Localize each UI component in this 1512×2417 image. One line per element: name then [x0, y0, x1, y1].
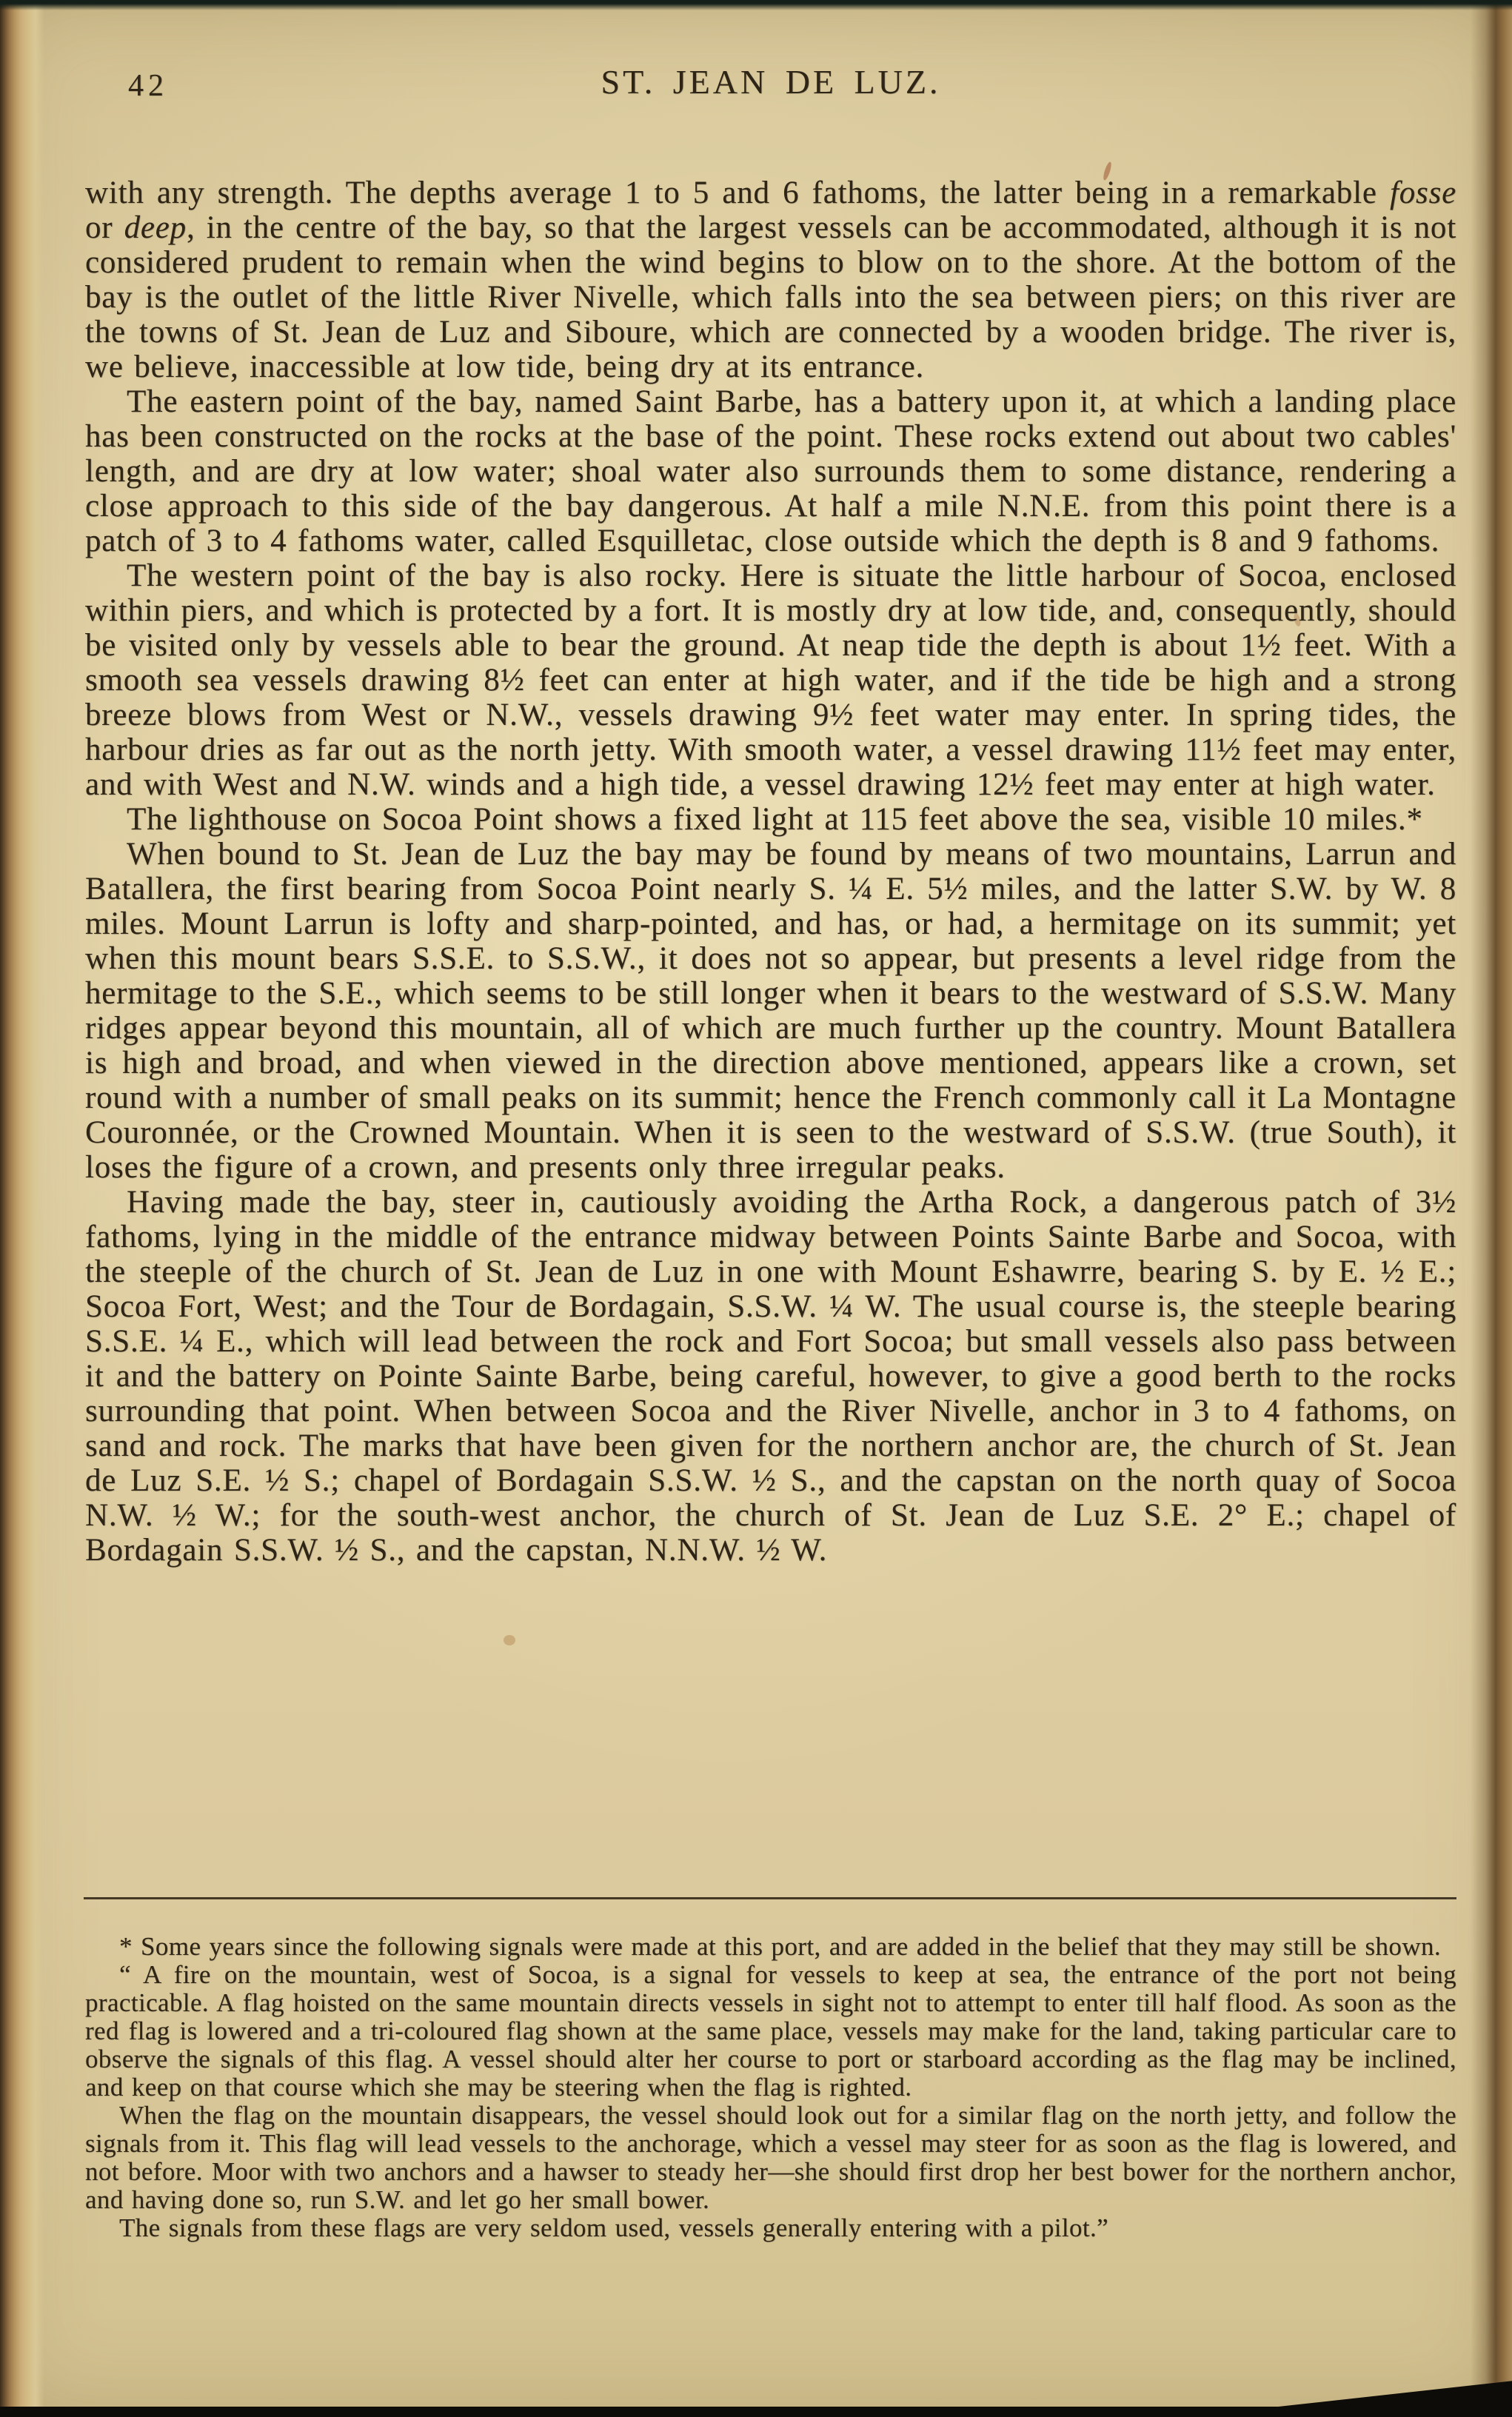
- running-title: ST. JEAN DE LUZ.: [85, 62, 1456, 101]
- page-stack-edge-right: [1471, 0, 1512, 2417]
- book-spine-edge-left: [0, 0, 44, 2417]
- paragraph-eastern-point: The eastern point of the bay, named Sain…: [85, 384, 1456, 558]
- paragraph-text: or: [85, 210, 124, 245]
- paragraph-bay-depths: with any strength. The depths average 1 …: [85, 175, 1456, 384]
- footnote-paragraph-fire-signal: “ A fire on the mountain, west of Socoa,…: [85, 1961, 1456, 2102]
- main-text-block: with any strength. The depths average 1 …: [85, 175, 1456, 1568]
- paragraph-lighthouse: The lighthouse on Socoa Point shows a fi…: [85, 802, 1456, 837]
- paragraph-text: with any strength. The depths average 1 …: [85, 175, 1390, 210]
- footnote-divider: [84, 1897, 1456, 1899]
- page-stain: [504, 1635, 515, 1645]
- footnote-block: * Some years since the following signals…: [85, 1933, 1456, 2242]
- paragraph-sailing-directions: Having made the bay, steer in, cautiousl…: [85, 1185, 1456, 1568]
- paragraph-western-point-socoa: The western point of the bay is also roc…: [85, 558, 1456, 802]
- italic-term-deep: deep: [124, 210, 187, 245]
- footnote-paragraph-seldom-used: The signals from these flags are very se…: [85, 2214, 1456, 2242]
- footnote-paragraph-intro: * Some years since the following signals…: [85, 1933, 1456, 1961]
- page-header: 42 ST. JEAN DE LUZ.: [85, 62, 1456, 110]
- scan-edge-top: [0, 0, 1512, 10]
- paragraph-two-mountains: When bound to St. Jean de Luz the bay ma…: [85, 837, 1456, 1185]
- footnote-paragraph-jetty-flag: When the flag on the mountain disappears…: [85, 2102, 1456, 2214]
- italic-term-fosse: fosse: [1390, 175, 1456, 210]
- paragraph-text: , in the centre of the bay, so that the …: [85, 210, 1456, 384]
- scanned-book-page: 42 ST. JEAN DE LUZ. with any strength. T…: [0, 0, 1512, 2417]
